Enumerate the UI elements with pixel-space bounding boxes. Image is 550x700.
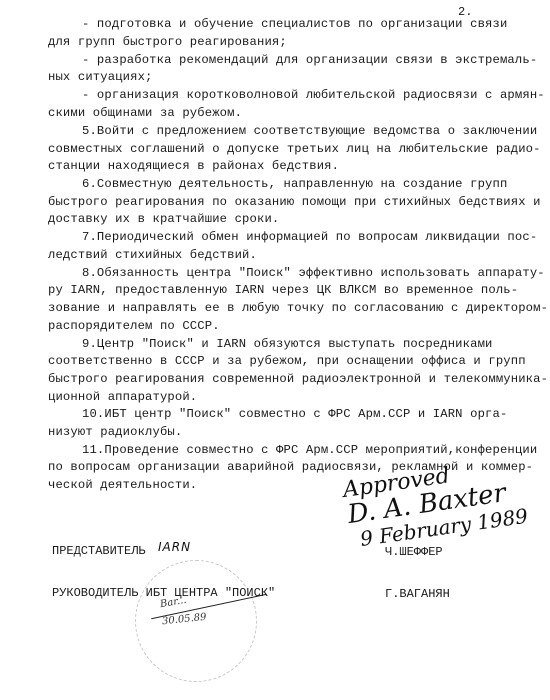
text-line: быстрого реагирования современной радиоэ… bbox=[48, 372, 548, 386]
text-line: по вопросам организации аварийной радиос… bbox=[48, 460, 533, 474]
text-line: 5.Войти с предложением соответствующие в… bbox=[82, 124, 537, 138]
text-line: - разработка рекомендаций для организаци… bbox=[82, 53, 537, 67]
head-name: Г.ВАГАНЯН bbox=[385, 587, 450, 601]
text-line: 6.Совместную деятельность, направленную … bbox=[82, 177, 507, 191]
text-line: доставку их в кратчайшие сроки. bbox=[48, 212, 279, 226]
text-line: 7.Периодический обмен информацией по воп… bbox=[82, 230, 537, 244]
text-line: ционной аппаратурой. bbox=[48, 390, 197, 404]
text-line: 8.Обязанность центра "Поиск" эффективно … bbox=[82, 266, 545, 280]
text-line: - организация коротковолновой любительск… bbox=[82, 88, 545, 102]
representative-label: ПРЕДСТАВИТЕЛЬ bbox=[52, 544, 146, 558]
text-line: ледствий стихийных бедствий. bbox=[48, 248, 257, 262]
text-line: 10.ИБТ центр "Поиск" совместно с ФРС Арм… bbox=[82, 407, 507, 421]
text-line: ру IARN, предоставленную IARN через ЦК В… bbox=[48, 283, 518, 297]
text-line: 11.Проведение совместно с ФРС Арм.ССР ме… bbox=[82, 443, 537, 457]
text-line: станции находящиеся в районах бедствия. bbox=[48, 159, 339, 173]
text-line: зование и направлять ее в любую точку по… bbox=[48, 301, 548, 315]
text-line: - подготовка и обучение специалистов по … bbox=[82, 17, 507, 31]
text-line: для групп быстрого реагирования; bbox=[48, 35, 287, 49]
text-line: ческой деятельности. bbox=[48, 478, 197, 492]
text-line: скими общинами за рубежом. bbox=[48, 106, 242, 120]
text-line: совместных соглашений о допуске третьих … bbox=[48, 142, 541, 156]
text-line: низуют радиоклубы. bbox=[48, 425, 182, 439]
text-line: соответственно в СССР и за рубежом, при … bbox=[48, 354, 526, 368]
text-line: ных ситуациях; bbox=[48, 70, 153, 84]
representative-org: IARN bbox=[158, 540, 191, 554]
text-line: распорядителем по СССР. bbox=[48, 319, 220, 333]
text-line: быстрого реагирования по оказанию помощи… bbox=[48, 195, 541, 209]
text-line: 9.Центр "Поиск" и IARN обязуются выступа… bbox=[82, 337, 493, 351]
representative-name: Ч.ШЕФФЕР bbox=[385, 545, 443, 559]
